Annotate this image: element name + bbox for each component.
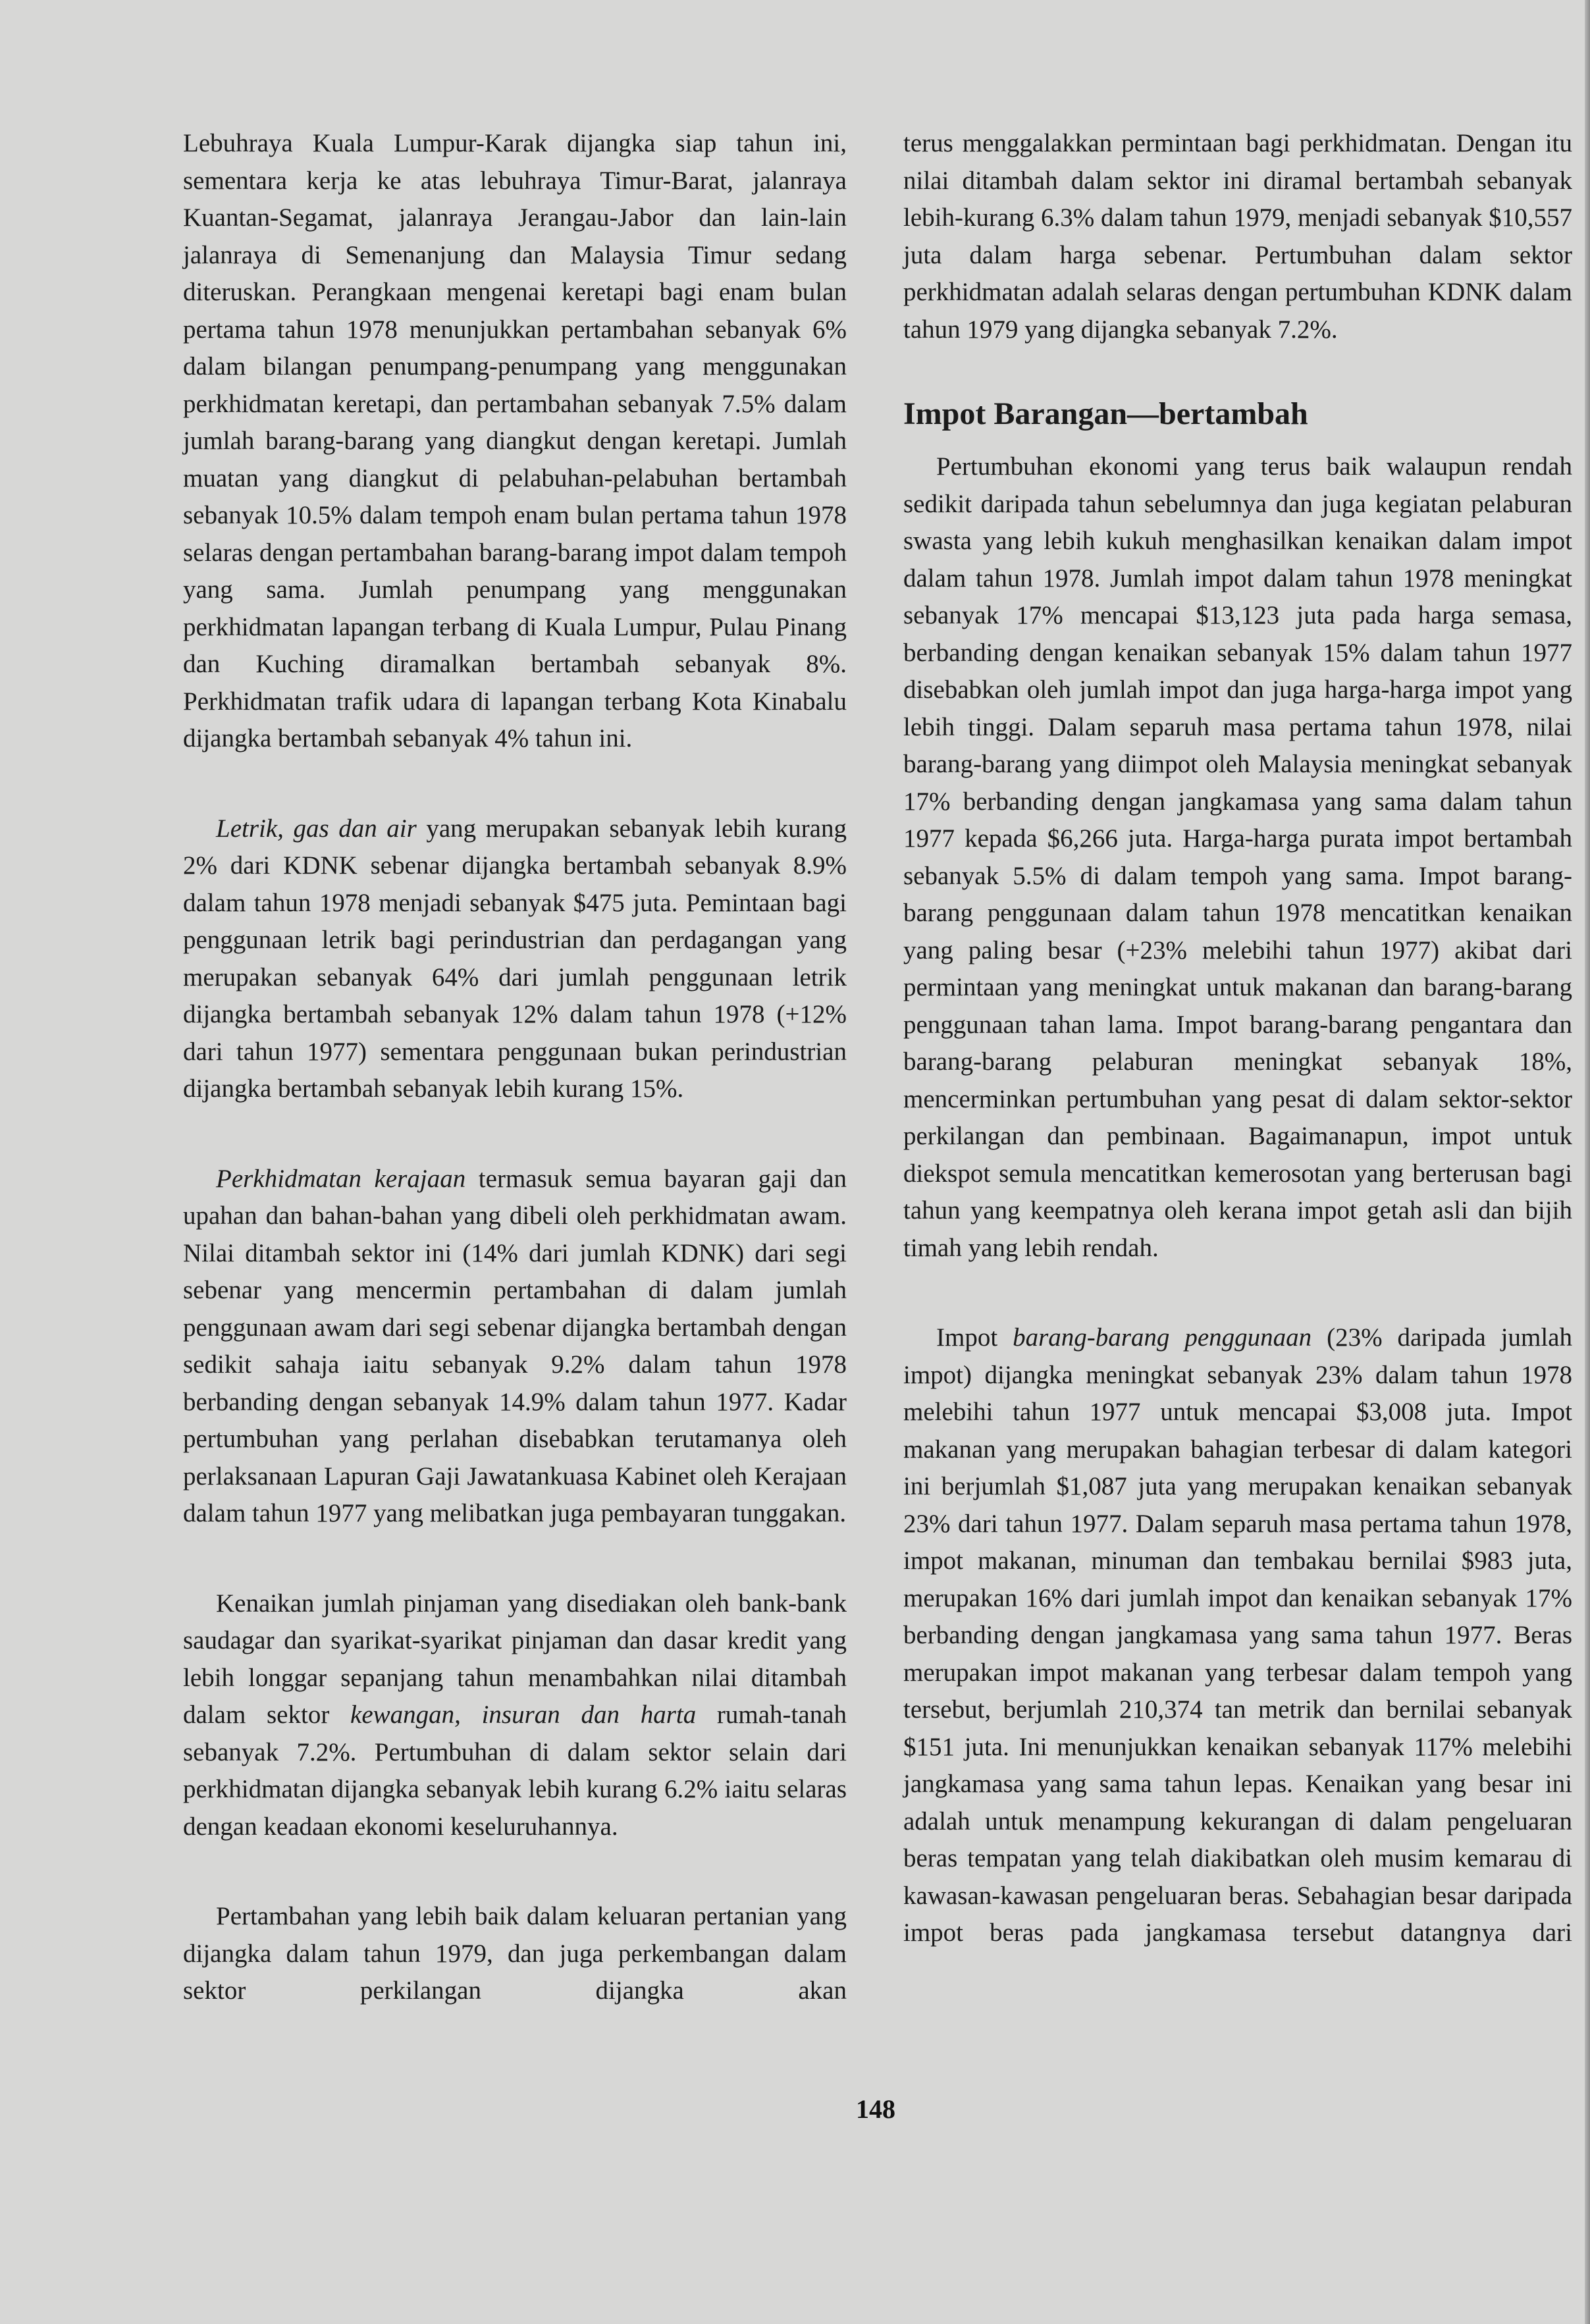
paragraph-imports-overview: Pertumbuhan ekonomi yang terus baik wala… bbox=[903, 448, 1572, 1267]
paragraph-services-continuation: terus menggalakkan permintaan bagi perkh… bbox=[903, 125, 1572, 348]
page-number: 148 bbox=[856, 2094, 895, 2125]
paragraph-spacer bbox=[183, 1108, 847, 1161]
paragraph-text: terus menggalakkan permintaan bagi perkh… bbox=[903, 129, 1572, 344]
paragraph-spacer bbox=[183, 1845, 847, 1898]
italic-term: Perkhidmatan kerajaan bbox=[216, 1165, 465, 1193]
paragraph-agriculture-outlook: Pertambahan yang lebih baik dalam keluar… bbox=[183, 1898, 847, 2010]
paragraph-highways-transport: Lebuhraya Kuala Lumpur-Karak dijangka si… bbox=[183, 125, 847, 758]
paragraph-text: Impot bbox=[936, 1323, 1013, 1352]
paragraph-text: Pertambahan yang lebih baik dalam keluar… bbox=[183, 1902, 847, 2005]
italic-term: kewangan, insuran dan harta bbox=[350, 1701, 696, 1729]
paragraph-text: yang merupakan sebanyak lebih kurang 2% … bbox=[183, 814, 847, 1103]
left-column: Lebuhraya Kuala Lumpur-Karak dijangka si… bbox=[183, 125, 847, 2010]
right-column: terus menggalakkan permintaan bagi perkh… bbox=[903, 125, 1572, 1952]
page-edge-shadow bbox=[1585, 0, 1590, 2324]
paragraph-text: termasuk semua bayaran gaji dan upahan d… bbox=[183, 1165, 847, 1528]
paragraph-text: Pertumbuhan ekonomi yang terus baik wala… bbox=[903, 452, 1572, 1262]
paragraph-electricity-gas-water: Letrik, gas dan air yang merupakan seban… bbox=[183, 810, 847, 1108]
paragraph-spacer bbox=[183, 1533, 847, 1585]
document-page: Lebuhraya Kuala Lumpur-Karak dijangka si… bbox=[0, 0, 1590, 2324]
paragraph-text: (23% daripada jumlah impot) dijangka men… bbox=[903, 1323, 1572, 1947]
paragraph-text: Lebuhraya Kuala Lumpur-Karak dijangka si… bbox=[183, 129, 847, 753]
paragraph-spacer bbox=[183, 758, 847, 810]
paragraph-spacer bbox=[903, 1267, 1572, 1319]
paragraph-finance-insurance: Kenaikan jumlah pinjaman yang disediakan… bbox=[183, 1585, 847, 1846]
paragraph-consumer-goods-imports: Impot barang-barang penggunaan (23% dari… bbox=[903, 1319, 1572, 1952]
section-heading: Impot Barangan—bertambah bbox=[903, 394, 1572, 434]
italic-term: barang-barang penggunaan bbox=[1013, 1323, 1312, 1352]
section-spacer bbox=[903, 348, 1572, 394]
paragraph-government-services: Perkhidmatan kerajaan termasuk semua bay… bbox=[183, 1161, 847, 1533]
italic-term: Letrik, gas dan air bbox=[216, 814, 417, 843]
